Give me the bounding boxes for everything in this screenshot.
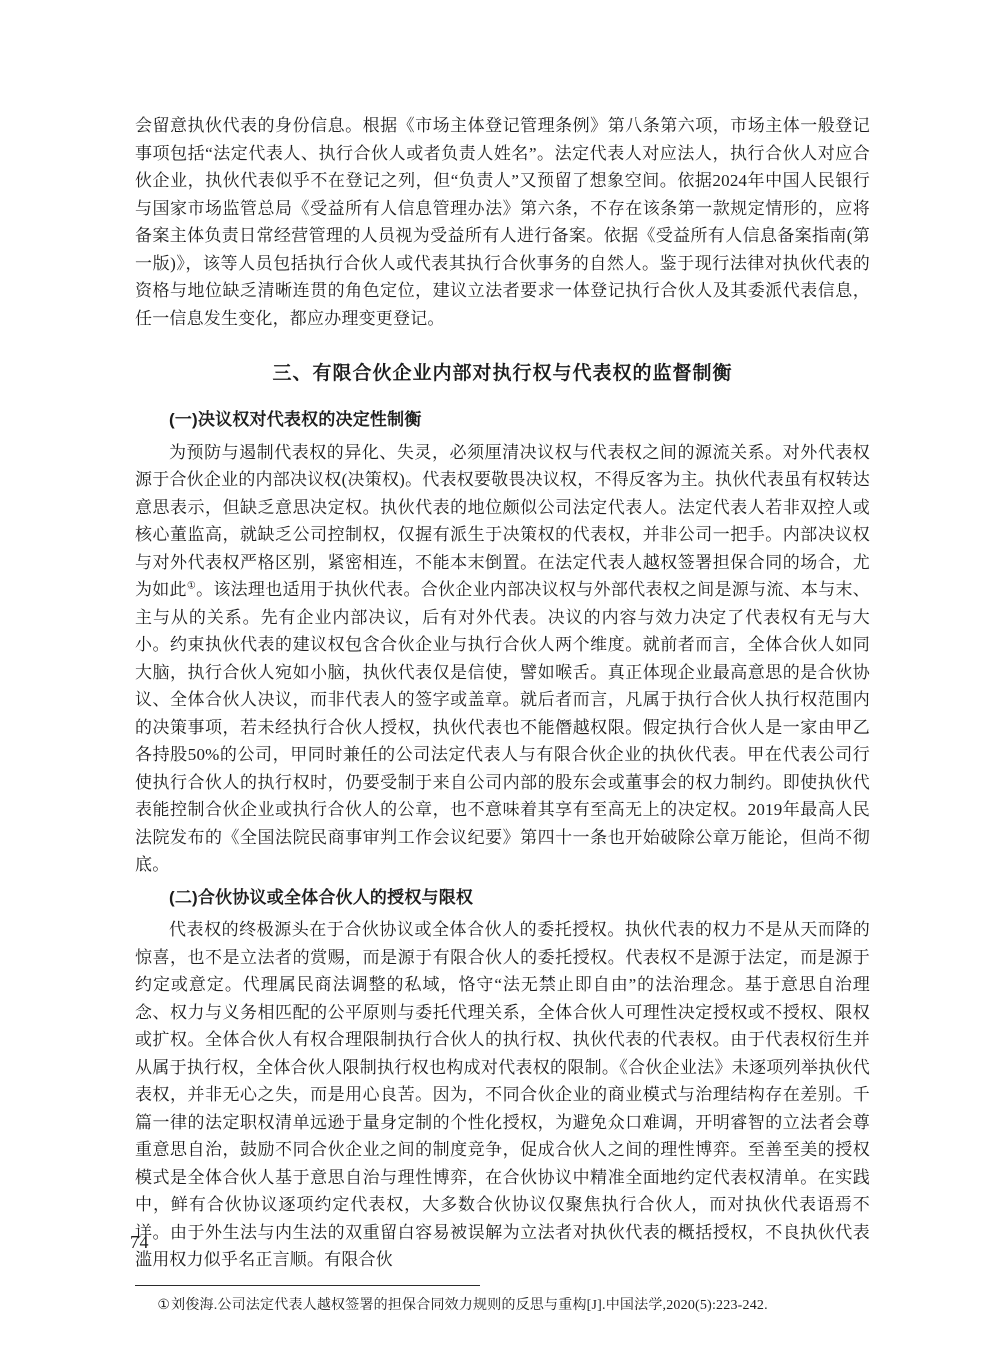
footnote: ①刘俊海.公司法定代表人越权签署的担保合同效力规则的反思与重构[J].中国法学,… [135,1295,870,1316]
page-content: 会留意执伙代表的身份信息。根据《市场主体登记管理条例》第八条第六项，市场主体一般… [135,112,870,1274]
subsection-1-text-before-ref: 为预防与遏制代表权的异化、失灵，必须厘清决议权与代表权之间的源流关系。对外代表权… [135,443,870,600]
footnote-marker: ① [157,1298,170,1313]
subsection-2-paragraph: 代表权的终极源头在于合伙协议或全体合伙人的委托授权。执伙代表的权力不是从天而降的… [135,916,870,1274]
footnote-separator-rule [135,1285,480,1286]
subsection-1-paragraph: 为预防与遏制代表权的异化、失灵，必须厘清决议权与代表权之间的源流关系。对外代表权… [135,439,870,879]
footnote-ref-marker: ① [187,580,196,591]
footnote-text: 刘俊海.公司法定代表人越权签署的担保合同效力规则的反思与重构[J].中国法学,2… [171,1298,768,1313]
subsection-2-heading: (二)合伙协议或全体合伙人的授权与限权 [135,884,870,912]
document-page: 会留意执伙代表的身份信息。根据《市场主体登记管理条例》第八条第六项，市场主体一般… [0,0,1000,1347]
subsection-1-heading: (一)决议权对代表权的决定性制衡 [135,406,870,434]
continuation-paragraph: 会留意执伙代表的身份信息。根据《市场主体登记管理条例》第八条第六项，市场主体一般… [135,112,870,332]
section-heading: 三、有限合伙企业内部对执行权与代表权的监督制衡 [135,361,870,387]
subsection-1-text-after-ref: 。该法理也适用于执伙代表。合伙企业内部决议权与外部代表权之间是源与流、本与末、主… [135,580,870,874]
page-number: 74 [130,1232,149,1253]
page-footer: ①刘俊海.公司法定代表人越权签署的担保合同效力规则的反思与重构[J].中国法学,… [135,1285,870,1316]
